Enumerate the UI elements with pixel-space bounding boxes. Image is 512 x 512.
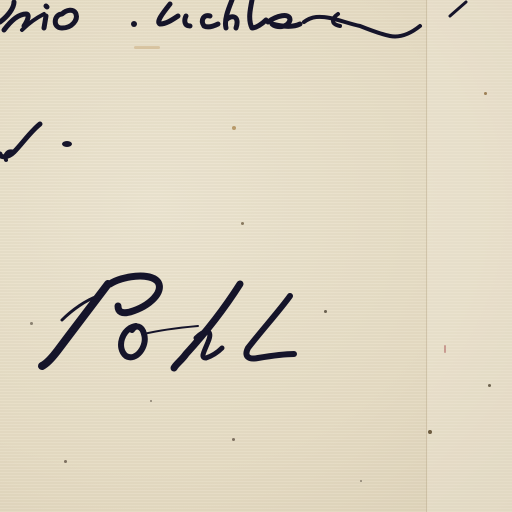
handwriting-ink [0,0,512,512]
handwriting-line-1 [0,0,466,37]
handwriting-line-3 [42,276,294,368]
handwriting-line-2 [0,124,72,160]
manuscript-page: …rio . Lichler / …s . Pohl [0,0,512,512]
